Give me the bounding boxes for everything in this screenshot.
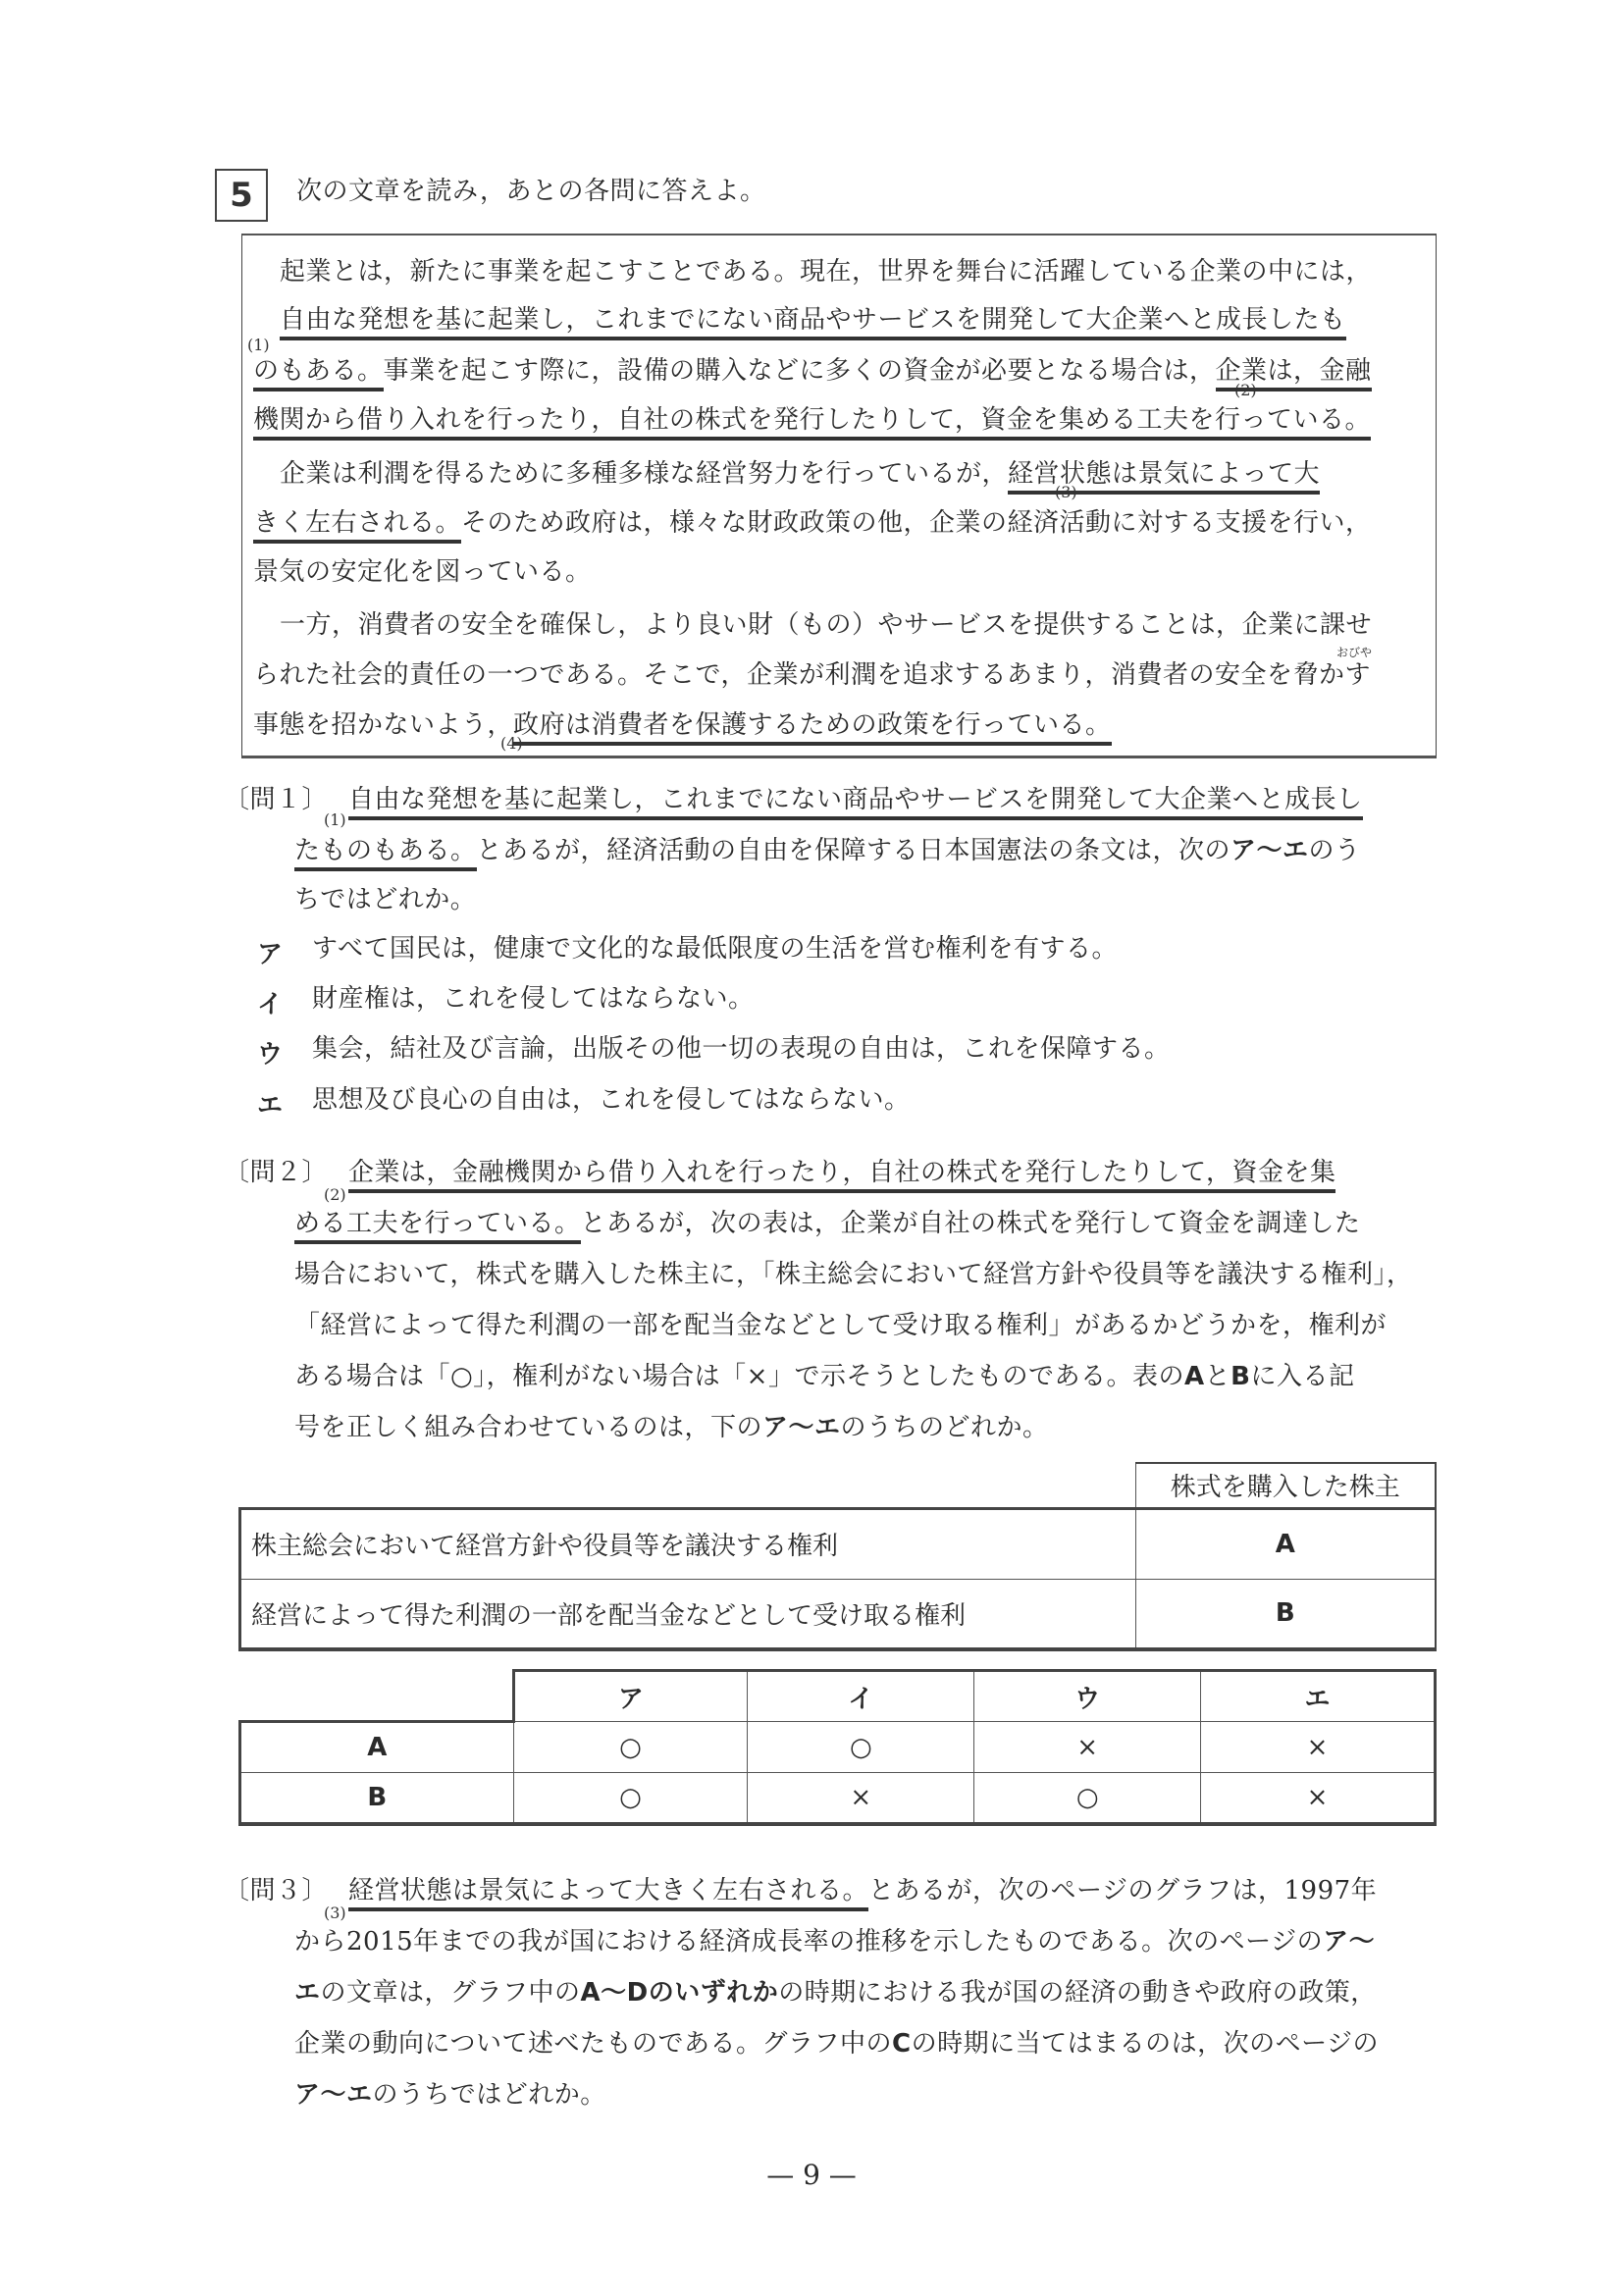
passage-line: きく左右される。そのため政府は，様々な財政政策の他，企業の経済活動に対する支援を… <box>253 508 1372 538</box>
option-label: エ <box>257 1085 283 1122</box>
q2-text: 「経営によって得た利潤の一部を配当金などとして受け取る権利」があるかどうかを，権… <box>294 1311 1387 1340</box>
option-text: 財産権は，これを侵してはならない。 <box>312 984 755 1014</box>
q3-text: 企業の動向について述べたものである。グラフ中のCの時期に当てはまるのは，次のペー… <box>294 2029 1379 2059</box>
marker-3: (3) <box>1055 485 1077 500</box>
option-label: イ <box>257 984 283 1020</box>
answer-cell: ○ <box>974 1773 1201 1824</box>
q2-marker: (2) <box>324 1187 346 1203</box>
rights-table-cell: B <box>1135 1579 1436 1649</box>
q3-text: エの文章は，グラフ中のA～Dのいずれかの時期における我が国の経済の動きや政府の政… <box>294 1978 1377 2008</box>
answer-cell: ○ <box>513 1773 748 1824</box>
answer-col-header: イ <box>748 1671 974 1722</box>
answer-row-label: A <box>240 1722 514 1773</box>
q3-text: 経営状態は景気によって大きく左右される。とあるが，次のページのグラフは，1997… <box>348 1876 1377 1905</box>
option-label: ア <box>257 934 283 970</box>
instruction: 次の文章を読み，あとの各問に答えよ。 <box>296 177 766 206</box>
q1-text: たものもある。とあるが，経済活動の自由を保障する日本国憲法の条文は，次のア～エの… <box>294 836 1361 865</box>
answer-cell: ○ <box>513 1722 748 1773</box>
passage-line: 事態を招かないよう，政府は消費者を保護するための政策を行っている。 <box>253 710 1112 740</box>
q3-text: から2015年までの我が国における経済成長率の推移を示したものである。次のページ… <box>294 1927 1375 1957</box>
option-text: 集会，結社及び言論，出版その他一切の表現の自由は，これを保障する。 <box>312 1034 1171 1064</box>
q1-quote: 自由な発想を基に起業し，これまでにない商品やサービスを開発して大企業へと成長し <box>348 785 1363 814</box>
q2-text: める工夫を行っている。とあるが，次の表は，企業が自社の株式を発行して資金を調達し… <box>294 1209 1361 1238</box>
rights-table-row-label: 経営によって得た利潤の一部を配当金などとして受け取る権利 <box>240 1579 1136 1649</box>
marker-4: (4) <box>500 736 523 752</box>
passage-underline-1: 自由な発想を基に起業し，これまでにない商品やサービスを開発して大企業へと成長した… <box>280 305 1346 335</box>
answer-col-header: ア <box>513 1671 748 1722</box>
q3-marker: (3) <box>324 1905 346 1921</box>
page-number: — 9 — <box>0 2159 1623 2191</box>
option-label: ウ <box>257 1034 283 1070</box>
passage-line: 起業とは，新たに事業を起こすことである。現在，世界を舞台に活躍している企業の中に… <box>280 257 1372 287</box>
q2-text: 場合において，株式を購入した株主に，「株主総会において経営方針や役員等を議決する… <box>294 1260 1412 1289</box>
answer-row-label: B <box>240 1773 514 1824</box>
passage-underline-2: 機関から借り入れを行ったり，自社の株式を発行したりして，資金を集める工夫を行って… <box>253 405 1371 435</box>
answer-cell: × <box>974 1722 1201 1773</box>
question-number-box: 5 <box>215 169 268 222</box>
passage-line: 一方，消費者の安全を確保し，より良い財（もの）やサービスを提供することは，企業に… <box>280 610 1372 640</box>
ruby-obiya: おびや <box>1336 644 1372 660</box>
q1-label: 〔問１〕 <box>224 785 328 814</box>
answer-col-header: エ <box>1201 1671 1436 1722</box>
passage-line: のもある。事業を起こす際に，設備の購入などに多くの資金が必要となる場合は，企業は… <box>253 356 1372 386</box>
rights-table-cell: A <box>1135 1508 1436 1579</box>
q2-label: 〔問２〕 <box>224 1158 328 1187</box>
answer-cell: ○ <box>748 1722 974 1773</box>
q2-text: 号を正しく組み合わせているのは，下のア～エのうちのどれか。 <box>294 1413 1049 1442</box>
marker-1: (1) <box>247 338 270 353</box>
q2-text: ある場合は「○」，権利がない場合は「×」で示そうとしたものである。表のAとBに入… <box>294 1362 1354 1391</box>
rights-table-header: 株式を購入した株主 <box>1135 1463 1436 1508</box>
q1-marker: (1) <box>324 812 346 828</box>
answer-cell: × <box>1201 1773 1436 1824</box>
rights-table-row-label: 株主総会において経営方針や役員等を議決する権利 <box>240 1508 1136 1579</box>
q3-label: 〔問３〕 <box>224 1876 328 1905</box>
q2-quote: 企業は，金融機関から借り入れを行ったり，自社の株式を発行したりして，資金を集 <box>348 1158 1335 1187</box>
option-text: すべて国民は，健康で文化的な最低限度の生活を営む権利を有する。 <box>312 934 1118 964</box>
passage-line: られた社会的責任の一つである。そこで，企業が利潤を追求するあまり，消費者の安全を… <box>253 660 1371 690</box>
rights-table: 株式を購入した株主 株主総会において経営方針や役員等を議決する権利 A 経営によ… <box>238 1462 1437 1651</box>
option-text: 思想及び良心の自由は，これを侵してはならない。 <box>312 1085 911 1115</box>
marker-2: (2) <box>1234 383 1257 398</box>
answer-cell: × <box>1201 1722 1436 1773</box>
answer-cell: × <box>748 1773 974 1824</box>
answer-table: ア イ ウ エ A ○ ○ × × B ○ × ○ × <box>238 1669 1437 1826</box>
q3-text: ア～エのうちではどれか。 <box>294 2080 606 2110</box>
q1-text: ちではどれか。 <box>294 885 476 914</box>
passage-line: 企業は利潤を得るために多種多様な経営努力を行っているが，経営状態は景気によって大 <box>280 459 1320 489</box>
passage-line: 景気の安定化を図っている。 <box>253 557 592 587</box>
answer-col-header: ウ <box>974 1671 1201 1722</box>
